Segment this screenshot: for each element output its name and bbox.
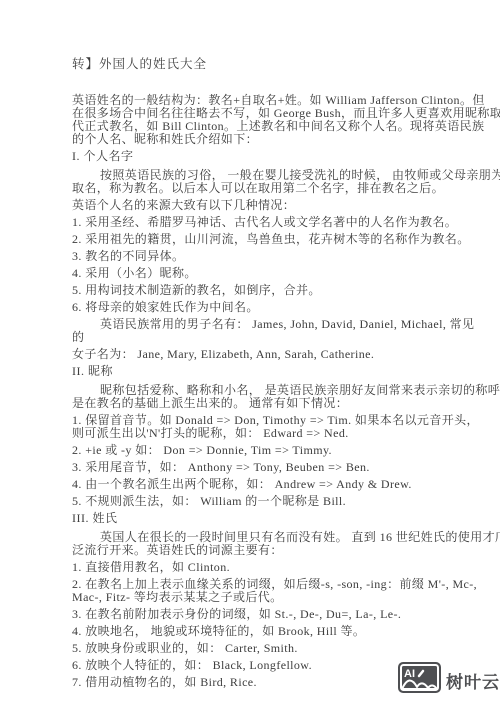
paragraph: 英语民族常用的男子名有： James, John, David, Daniel,… [72,318,460,344]
list-item: 4. 采用（小名）昵称。 [72,267,460,280]
list-item: 6. 将母亲的娘家姓氏作为中间名。 [72,301,460,314]
text-line: 5. 用构词技术制造新的教名，如倒序，合并。 [72,284,460,297]
text-line: 3. 在教名前附加表示身份的词缀，如 St.-, De-, Du=, La-, … [72,608,460,621]
list-item: 1. 采用圣经、希腊罗马神话、古代名人或文学名著中的人名作为教名。 [72,216,460,229]
list-item: 5. 不规则派生法，如： William 的一个昵称是 Bill. [72,495,460,508]
text-line: 则可派生出以'N'打头的昵称，如： Edward => Ned. [72,427,460,440]
text-line: 1. 直接借用教名，如 Clinton. [72,561,460,574]
paragraph: 英国人在很长的一段时间里只有名而没有姓。 直到 16 世纪姓氏的使用才广 泛流行… [72,531,460,557]
list-item: 3. 在教名前附加表示身份的词缀，如 St.-, De-, Du=, La-, … [72,608,460,621]
text-line: 3. 教名的不同异体。 [72,250,460,263]
text-line: 2. 采用祖先的籍贯，山川河流，鸟兽鱼虫，花卉树木等的名称作为教名。 [72,233,460,246]
text-line: 4. 由一个教名派生出两个昵称，如： Andrew => Andy & Drew… [72,478,460,491]
text-line: 英语个人名的来源大致有以下几种情况： [72,199,460,212]
list-item: 2. 采用祖先的籍贯，山川河流，鸟兽鱼虫，花卉树木等的名称作为教名。 [72,233,460,246]
section-heading-3: III. 姓氏 [72,512,460,525]
paragraph: 昵称包括爱称、略称和小名， 是英语民族亲朋好友间常来表示亲切的称呼， 是在教名的… [72,384,460,410]
section-heading-1: I. 个人名字 [72,150,460,163]
page-title: 转】外国人的姓氏大全 [72,56,460,72]
list-item: 3. 采用尾音节，如： Anthony => Tony, Beuben => B… [72,461,460,474]
watermark-brand-text: 树叶云 [446,668,500,693]
list-item: 4. 放映地名， 地貌或环境特征的，如 Brook, Hill 等。 [72,625,460,638]
list-item: 2. 在教名上加上表示血缘关系的词缀，如后缀-s, -son, -ing：前缀 … [72,578,460,604]
text-line: Mac-, Fitz- 等均表示某某之子或后代。 [72,591,460,604]
text-line: 4. 采用（小名）昵称。 [72,267,460,280]
text-line: 的个人名、昵称和姓氏介绍如下： [72,133,460,146]
list-item: 5. 放映身份或职业的，如： Carter, Smith. [72,642,460,655]
text-line: 泛流行开来。英语姓氏的词源主要有： [72,544,460,557]
list-item: 5. 用构词技术制造新的教名，如倒序，合并。 [72,284,460,297]
paragraph: 按照英语民族的习俗， 一般在婴儿接受洗礼的时候， 由牧师或父母亲朋为其 取名，称… [72,169,460,195]
text-line: 英语民族常用的男子名有： James, John, David, Daniel,… [72,318,460,331]
text-line: 是在教名的基础上派生出来的。 通常有如下情况： [72,397,460,410]
document-content: 转】外国人的姓氏大全 英语姓名的一般结构为：教名+自取名+姓。如 William… [72,56,460,689]
svg-text:AI: AI [404,668,415,680]
text-line: 3. 采用尾音节，如： Anthony => Tony, Beuben => B… [72,461,460,474]
text-line: 5. 不规则派生法，如： William 的一个昵称是 Bill. [72,495,460,508]
intro-paragraph: 英语姓名的一般结构为：教名+自取名+姓。如 William Jafferson … [72,94,460,146]
watermark: AI 树叶云 [398,662,500,698]
paragraph: 英语个人名的来源大致有以下几种情况： [72,199,460,212]
text-line: 女子名为： Jane, Mary, Elizabeth, Ann, Sarah,… [72,348,460,361]
section-heading-2: II. 昵称 [72,365,460,378]
list-item: 2. +ie 或 -y 如： Don => Donnie, Tim => Tim… [72,444,460,457]
list-item: 1. 保留首音节。如 Donald => Don, Timothy => Tim… [72,414,460,440]
text-line: 的 [72,331,460,344]
document-page: 转】外国人的姓氏大全 英语姓名的一般结构为：教名+自取名+姓。如 William… [0,0,500,707]
paragraph: 女子名为： Jane, Mary, Elizabeth, Ann, Sarah,… [72,348,460,361]
ai-photo-logo-icon: AI [398,662,441,698]
text-line: 2. +ie 或 -y 如： Don => Donnie, Tim => Tim… [72,444,460,457]
list-item: 1. 直接借用教名，如 Clinton. [72,561,460,574]
text-line: 1. 采用圣经、希腊罗马神话、古代名人或文学名著中的人名作为教名。 [72,216,460,229]
text-line: 5. 放映身份或职业的，如： Carter, Smith. [72,642,460,655]
text-line: 4. 放映地名， 地貌或环境特征的，如 Brook, Hill 等。 [72,625,460,638]
list-item: 3. 教名的不同异体。 [72,250,460,263]
text-line: 取名，称为教名。以后本人可以在取用第二个名字，排在教名之后。 [72,182,460,195]
text-line: 6. 将母亲的娘家姓氏作为中间名。 [72,301,460,314]
list-item: 4. 由一个教名派生出两个昵称，如： Andrew => Andy & Drew… [72,478,460,491]
